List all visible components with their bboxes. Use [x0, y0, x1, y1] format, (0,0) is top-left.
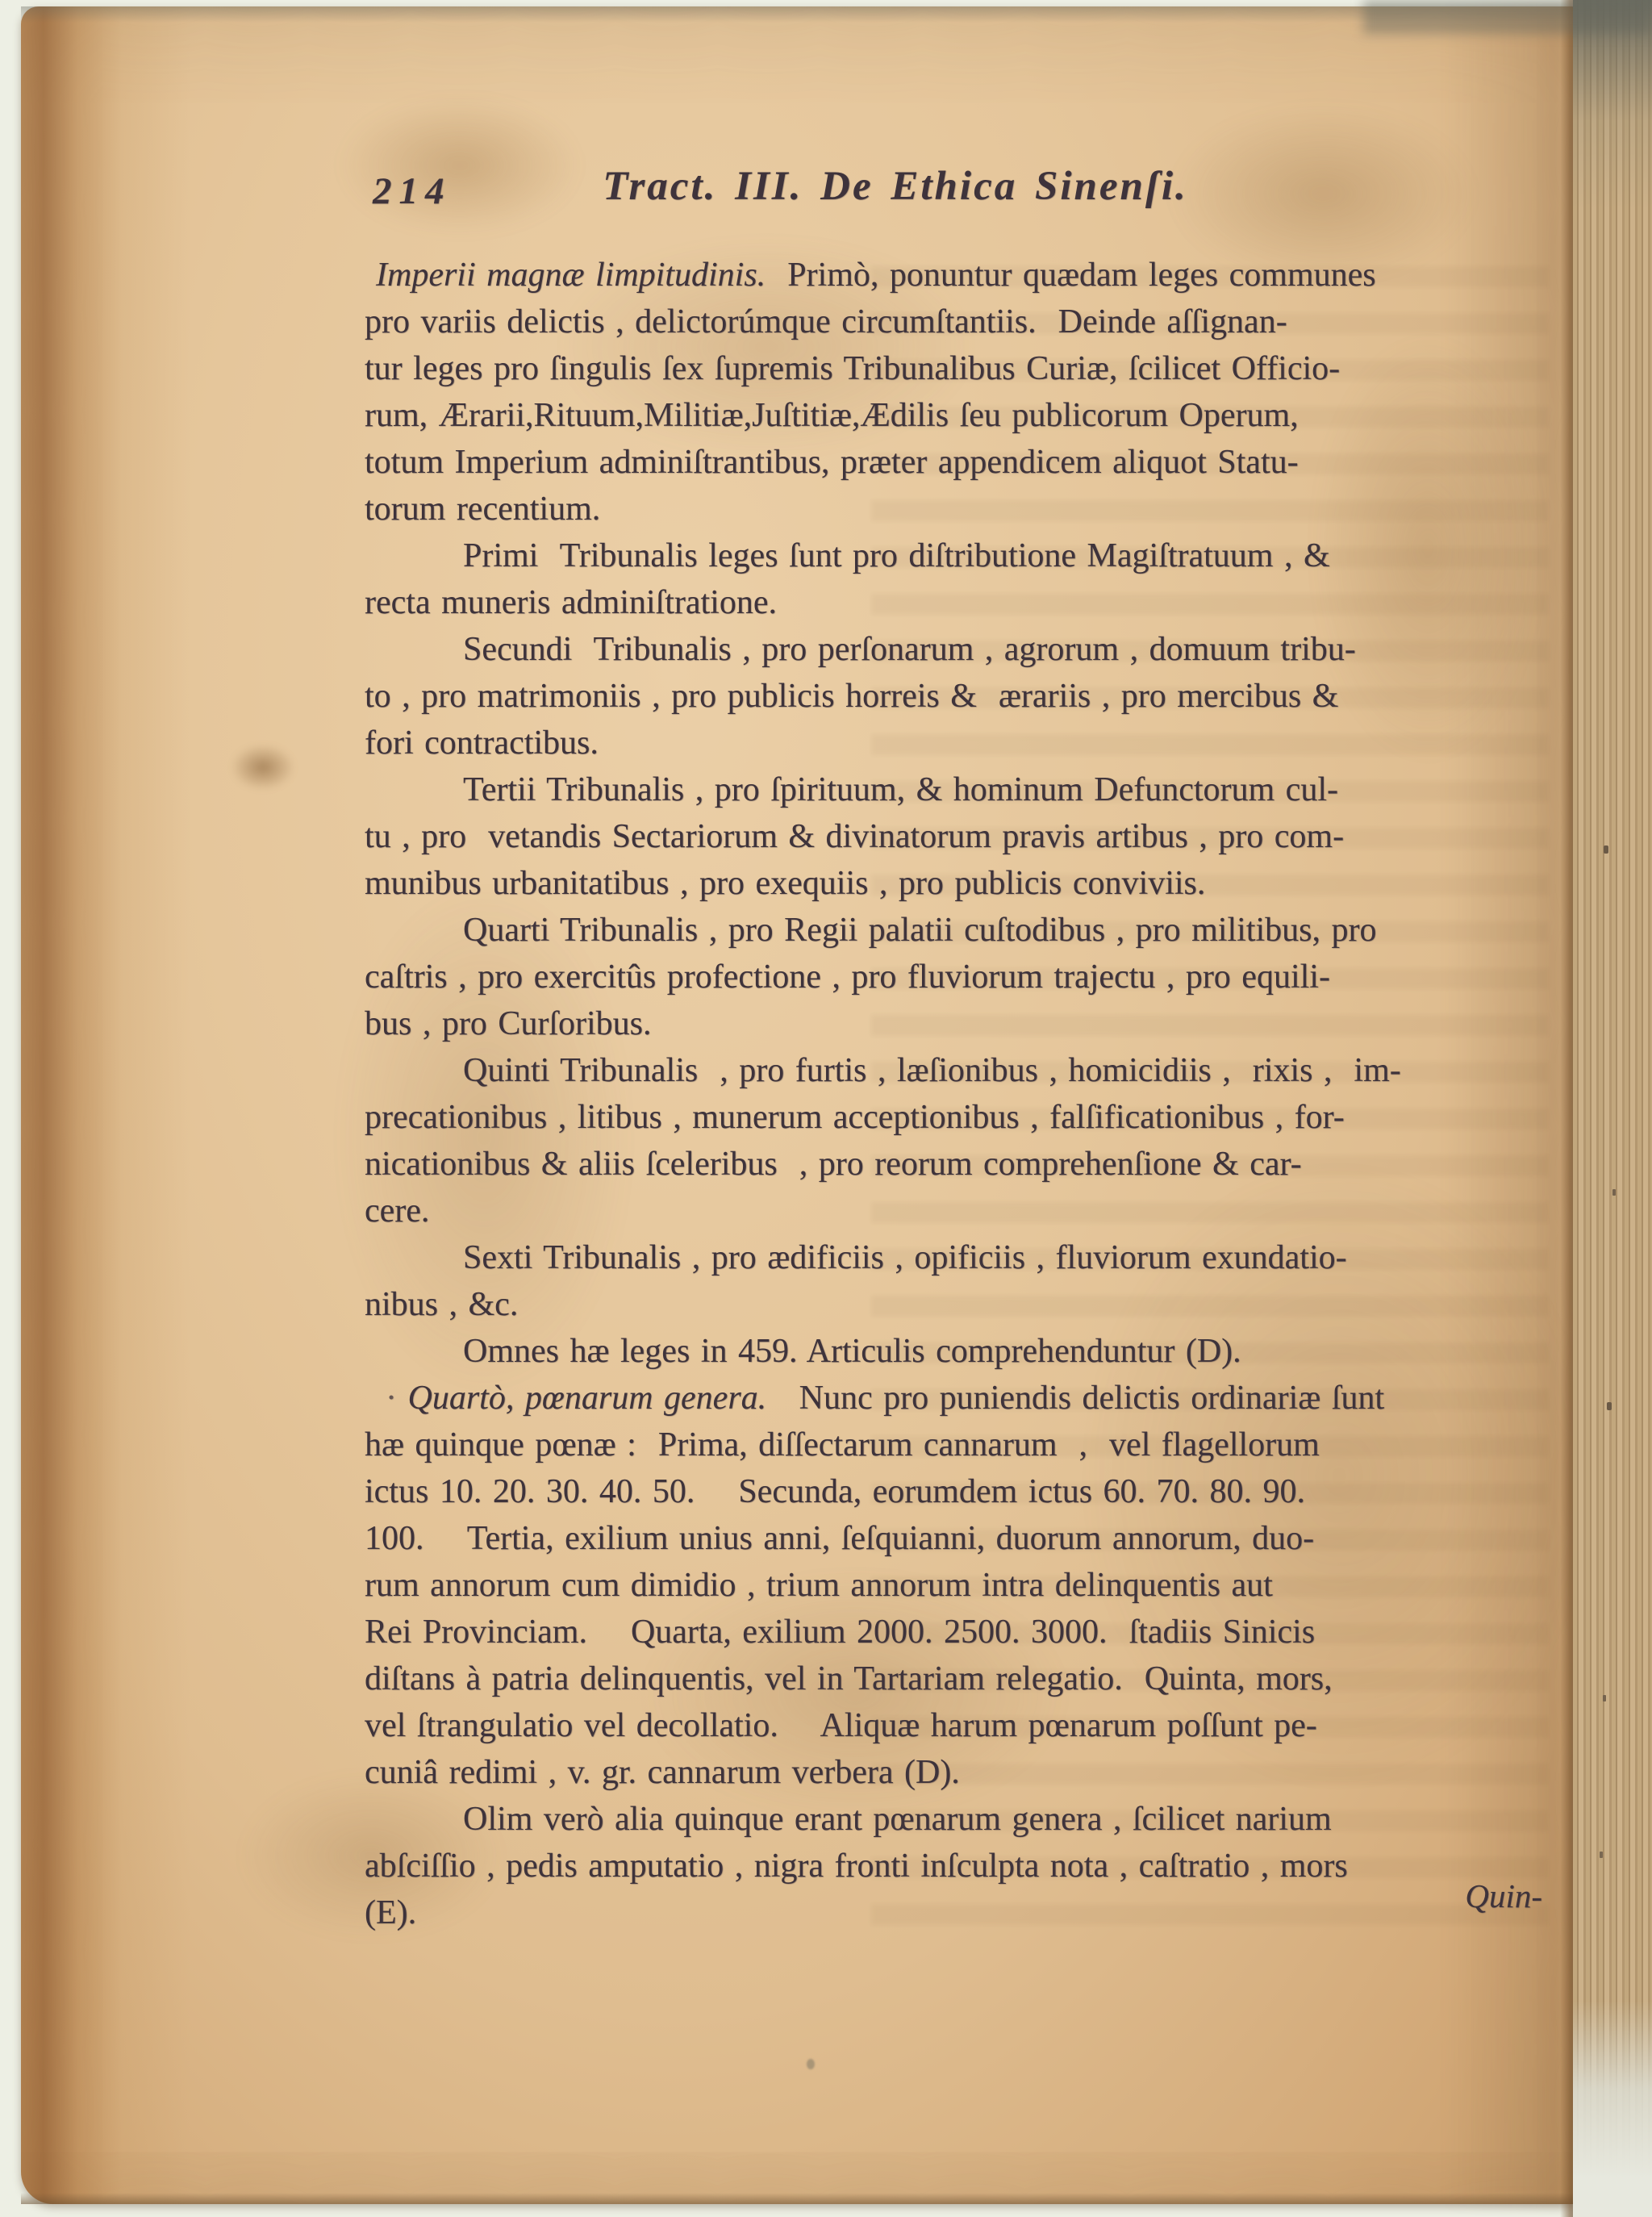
line-roman-text: cere. [365, 1192, 429, 1230]
line-italic-text: Quartò, pœnarum genera. [408, 1380, 767, 1417]
line-roman-text: ictus 10. 20. 30. 40. 50. Secunda, eorum… [365, 1473, 1305, 1510]
line-roman-text: Olim verò alia quinque erant pœnarum gen… [463, 1801, 1332, 1838]
line-roman-text: cuniâ redimi , v. gr. cannarum verbera (… [365, 1754, 960, 1791]
line-roman-text: Rei Provinciam. Quarta, exilium 2000. 25… [365, 1614, 1315, 1651]
text-line: ictus 10. 20. 30. 40. 50. Secunda, eorum… [365, 1468, 1550, 1515]
text-line: recta muneris adminiſtratione. [365, 579, 1550, 626]
text-line: cere. [365, 1188, 1550, 1234]
text-line: Primi Tribunalis leges ſunt pro diſtribu… [365, 532, 1550, 579]
scanned-book-photo: { "page": { "number": "214", "running_ti… [0, 0, 1652, 2217]
text-line: caſtris , pro exercitûs profectione , pr… [365, 954, 1550, 1000]
line-roman-text: precationibus , litibus , munerum accept… [365, 1099, 1345, 1136]
line-roman-text: pro variis delictis , delictorúmque circ… [365, 303, 1287, 340]
text-line: rum annorum cum dimidio , trium annorum … [365, 1562, 1550, 1609]
line-roman-text: tu , pro vetandis Sectariorum & divinato… [365, 818, 1344, 855]
line-roman-text: Omnes hæ leges in 459. Articulis compreh… [463, 1333, 1241, 1370]
line-roman-text: to , pro matrimoniis , pro publicis horr… [365, 678, 1338, 715]
text-line: nicationibus & aliis ſceleribus , pro re… [365, 1141, 1550, 1188]
text-line: cuniâ redimi , v. gr. cannarum verbera (… [365, 1749, 1550, 1796]
line-roman-text: Quarti Tribunalis , pro Regii palatii cu… [463, 912, 1376, 949]
line-roman-text: vel ſtrangulatio vel decollatio. Aliquæ … [365, 1707, 1317, 1744]
page-bottom-edge [21, 2193, 1575, 2204]
line-roman-text: Quinti Tribunalis , pro furtis , læſioni… [463, 1052, 1401, 1089]
text-line: Omnes hæ leges in 459. Articulis compreh… [365, 1328, 1550, 1375]
margin-mark: · [386, 1380, 408, 1417]
line-roman-text: Tertii Tribunalis , pro ſpirituum, & hom… [463, 771, 1338, 808]
text-line: nibus , &c. [365, 1281, 1550, 1328]
text-line: tur leges pro ſingulis ſex ſupremis Trib… [365, 345, 1550, 392]
catchword: Quin- [365, 1877, 1605, 1915]
line-roman-text: torum recentium. [365, 491, 600, 528]
text-line: bus , pro Curſoribus. [365, 1000, 1550, 1047]
text-line: hæ quinque pœnæ : Prima, diſſectarum can… [365, 1422, 1550, 1468]
bottom-margin-speck [807, 2059, 815, 2069]
line-roman-text: nibus , &c. [365, 1286, 518, 1323]
text-line: Rei Provinciam. Quarta, exilium 2000. 25… [365, 1609, 1550, 1655]
page-top-edge [21, 6, 1575, 23]
text-line: vel ſtrangulatio vel decollatio. Aliquæ … [365, 1702, 1550, 1749]
line-roman-text: caſtris , pro exercitûs profectione , pr… [365, 958, 1330, 996]
stain [231, 744, 295, 791]
text-line: 100. Tertia, exilium unius anni, ſeſquia… [365, 1515, 1550, 1562]
top-right-shadow [1363, 0, 1652, 34]
line-roman-text: bus , pro Curſoribus. [365, 1005, 652, 1042]
text-line: Imperii magnæ limpitudinis. Primò, ponun… [365, 252, 1550, 299]
line-roman-text: Primi Tribunalis leges ſunt pro diſtribu… [463, 537, 1330, 574]
running-title: Tract. III. De Ethica Sinenſi. [500, 163, 1291, 210]
line-roman-text: rum annorum cum dimidio , trium annorum … [365, 1567, 1273, 1604]
line-roman-text: Nunc pro puniendis delictis ordinariæ ſu… [766, 1380, 1384, 1417]
text-line: pro variis delictis , delictorúmque circ… [365, 299, 1550, 345]
text-line: rum, Ærarii,Rituum,Militiæ,Juſtitiæ,Ædil… [365, 392, 1550, 439]
text-line: fori contractibus. [365, 720, 1550, 766]
text-line: precationibus , litibus , munerum accept… [365, 1094, 1550, 1141]
text-line: Quarti Tribunalis , pro Regii palatii cu… [365, 907, 1550, 954]
spine-shadow [21, 6, 194, 2204]
body-text: Imperii magnæ limpitudinis. Primò, ponun… [365, 252, 1550, 1936]
text-line: tu , pro vetandis Sectariorum & divinato… [365, 813, 1550, 860]
text-line: munibus urbanitatibus , pro exequiis , p… [365, 860, 1550, 907]
text-line: Quinti Tribunalis , pro furtis , læſioni… [365, 1047, 1550, 1094]
text-line: · Quartò, pœnarum genera. Nunc pro punie… [365, 1375, 1550, 1422]
line-roman-text: tur leges pro ſingulis ſex ſupremis Trib… [365, 350, 1340, 387]
text-line: to , pro matrimoniis , pro publicis horr… [365, 673, 1550, 720]
text-line: totum Imperium adminiſtrantibus, præter … [365, 439, 1550, 486]
text-line: diſtans à patria delinquentis, vel in Ta… [365, 1655, 1550, 1702]
line-roman-text: rum, Ærarii,Rituum,Militiæ,Juſtitiæ,Ædil… [365, 397, 1299, 434]
line-roman-text: 100. Tertia, exilium unius anni, ſeſquia… [365, 1520, 1314, 1557]
line-roman-text: munibus urbanitatibus , pro exequiis , p… [365, 865, 1205, 902]
line-roman-text: diſtans à patria delinquentis, vel in Ta… [365, 1660, 1333, 1697]
text-line: Sexti Tribunalis , pro ædificiis , opifi… [365, 1234, 1550, 1281]
line-italic-text: Imperii magnæ limpitudinis. [376, 257, 766, 294]
fore-edge-specks [1604, 845, 1608, 854]
text-line: Tertii Tribunalis , pro ſpirituum, & hom… [365, 766, 1550, 813]
line-roman-text: fori contractibus. [365, 724, 599, 762]
line-roman-text: hæ quinque pœnæ : Prima, diſſectarum can… [365, 1426, 1320, 1463]
line-roman-text: recta muneris adminiſtratione. [365, 584, 777, 621]
line-roman-text: totum Imperium adminiſtrantibus, præter … [365, 444, 1299, 481]
text-line: Secundi Tribunalis , pro perſonarum , ag… [365, 626, 1550, 673]
page-number: 214 [373, 169, 452, 213]
line-roman-text: nicationibus & aliis ſceleribus , pro re… [365, 1146, 1302, 1183]
text-line: Olim verò alia quinque erant pœnarum gen… [365, 1796, 1550, 1843]
line-roman-text: Secundi Tribunalis , pro perſonarum , ag… [463, 631, 1356, 668]
line-roman-text: Primò, ponuntur quædam leges communes [766, 257, 1375, 294]
line-roman-text: Sexti Tribunalis , pro ædificiis , opifi… [463, 1239, 1347, 1276]
text-line: torum recentium. [365, 486, 1550, 532]
